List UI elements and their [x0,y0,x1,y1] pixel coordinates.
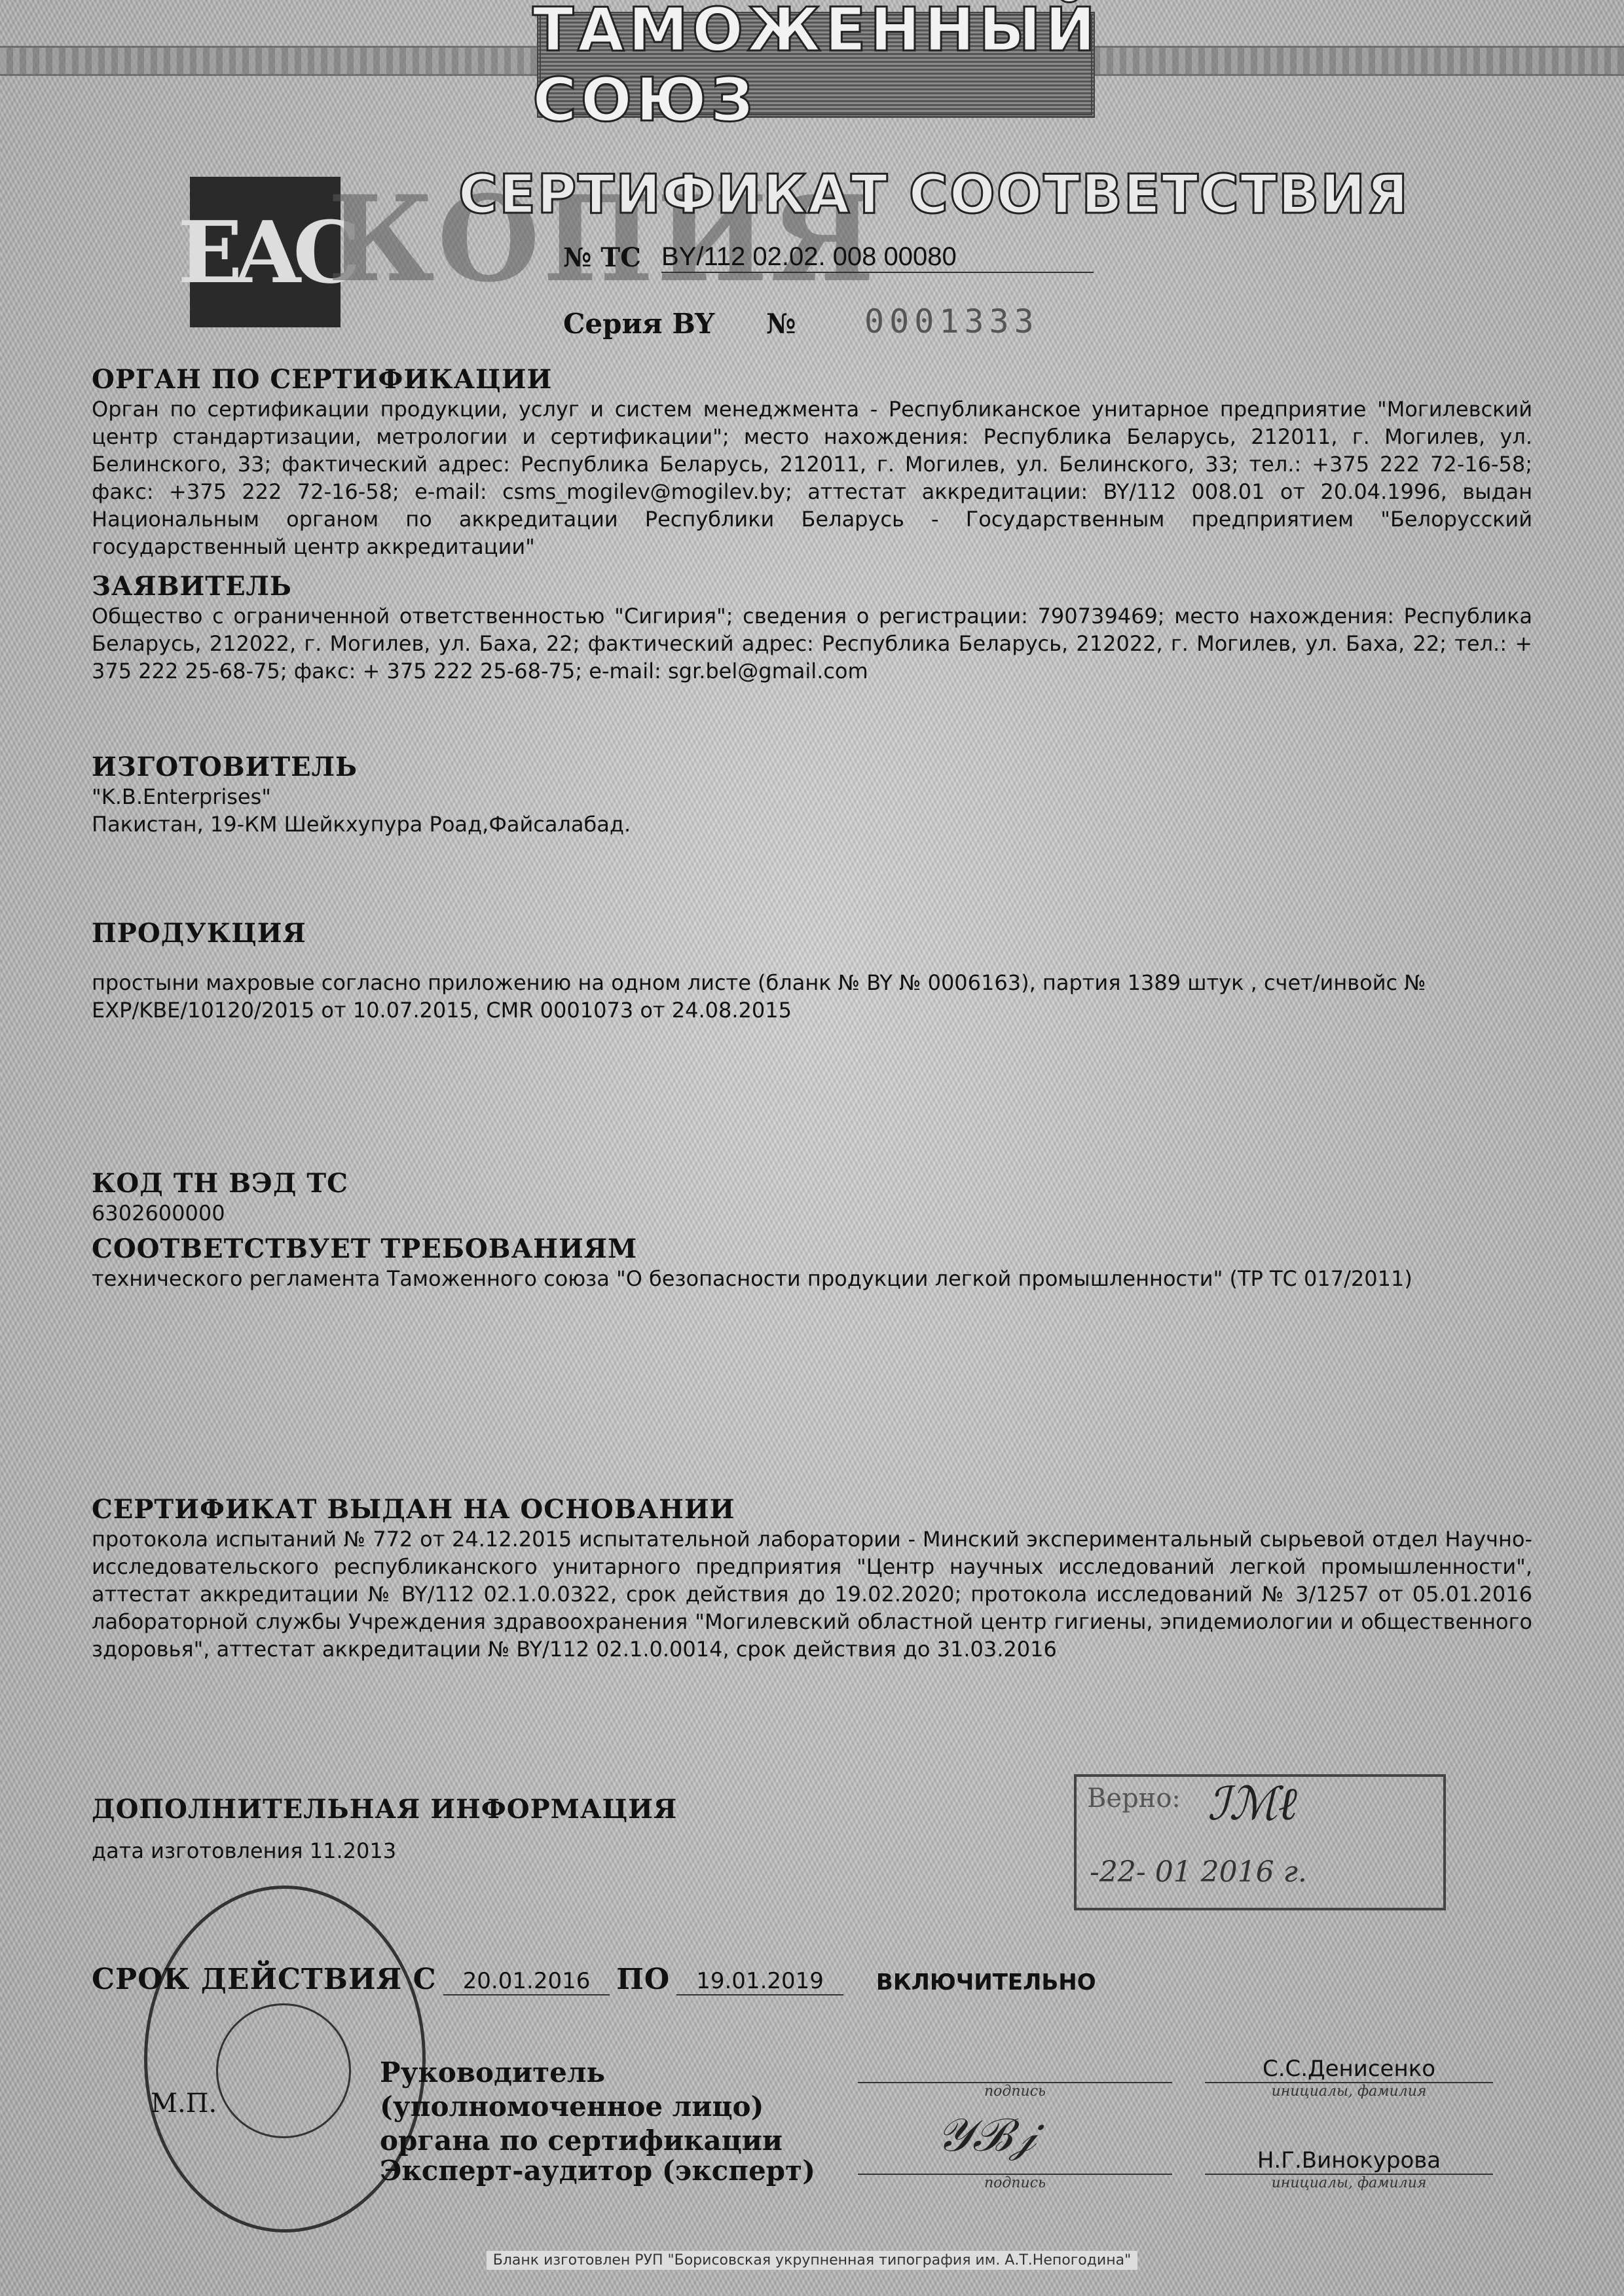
product-section: ПРОДУКЦИЯ простыни махровые согласно при… [92,918,1532,1024]
product-text: простыни махровые согласно приложению на… [92,969,1532,1024]
signature-caption: подпись [858,2175,1172,2191]
validity-period: СРОК ДЕЙСТВИЯ С 20.01.2016 ПО 19.01.2019… [92,1964,1096,1995]
head-name-block: С.С.Денисенко инициалы, фамилия [1205,2056,1493,2100]
section-heading: ОРГАН ПО СЕРТИФИКАЦИИ [92,364,1532,395]
applicant-text: Общество с ограниченной ответственностью… [92,602,1532,685]
certification-body-text: Орган по сертификации продукции, услуг и… [92,395,1532,560]
expert-signature-block: 𝒴ℬ𝒿 подпись [858,2134,1172,2191]
seal-emblem-icon [216,2003,351,2138]
hs-code-value: 6302600000 [92,1199,1532,1227]
certificate-number-label: № ТС [563,242,641,273]
validity-inclusive: ВКЛЮЧИТЕЛЬНО [876,1969,1096,1995]
section-heading: КОД ТН ВЭД ТС [92,1168,1532,1199]
printer-footer: Бланк изготовлен РУП "Борисовская укрупн… [0,2252,1624,2269]
applicant-section: ЗАЯВИТЕЛЬ Общество с ограниченной ответс… [92,571,1532,685]
customs-union-banner: ТАМОЖЕННЫЙ СОЮЗ [537,12,1095,118]
manufacturer-name: "K.B.Enterprises" [92,783,1532,811]
section-heading: ИЗГОТОВИТЕЛЬ [92,752,1532,783]
expert-name: Н.Г.Винокурова [1205,2147,1493,2175]
validity-to-date: 19.01.2019 [676,1968,843,1995]
basis-text: протокола испытаний № 772 от 24.12.2015 … [92,1525,1532,1663]
manufacturer-address: Пакистан, 19-КМ Шейкхупура Роад,Файсалаб… [92,811,1532,838]
signature-caption: подпись [858,2083,1172,2100]
certificate-title: СЕРТИФИКАТ СООТВЕТСТВИЯ [458,164,1409,226]
expert-name-block: Н.Г.Винокурова инициалы, фамилия [1205,2147,1493,2191]
validity-from-label: СРОК ДЕЙСТВИЯ С [92,1964,437,1995]
basis-section: СЕРТИФИКАТ ВЫДАН НА ОСНОВАНИИ протокола … [92,1494,1532,1663]
verified-date: -22- 01 2016 г. [1090,1855,1307,1889]
blank-serial-number: 0001333 [864,302,1039,340]
section-heading: ЗАЯВИТЕЛЬ [92,571,1532,602]
series-number-label: № [766,308,796,340]
compliance-section: СООТВЕТСТВУЕТ ТРЕБОВАНИЯМ технического р… [92,1233,1532,1292]
verified-label: Верно: [1087,1783,1181,1813]
section-heading: СЕРТИФИКАТ ВЫДАН НА ОСНОВАНИИ [92,1494,1532,1525]
validity-to-label: ПО [616,1964,670,1995]
verified-copy-stamp: Верно: ℐℳℓ -22- 01 2016 г. [1074,1774,1446,1910]
banner-text: ТАМОЖЕННЫЙ СОЮЗ [532,0,1099,135]
head-role: Руководитель (уполномоченное лицо) орган… [380,2056,838,2158]
manufacturer-section: ИЗГОТОВИТЕЛЬ "K.B.Enterprises" Пакистан,… [92,752,1532,838]
stamp-place-label: М.П. [151,2088,217,2119]
certification-body-section: ОРГАН ПО СЕРТИФИКАЦИИ Орган по сертифика… [92,364,1532,560]
name-caption: инициалы, фамилия [1205,2175,1493,2191]
compliance-text: технического регламента Таможенного союз… [92,1265,1532,1292]
signature-scribble-icon: ℐℳℓ [1208,1777,1297,1831]
eac-logo-icon: EAC [190,177,341,327]
printer-footer-text: Бланк изготовлен РУП "Борисовская укрупн… [487,2251,1137,2270]
series-label: Серия BY [563,308,714,340]
name-caption: инициалы, фамилия [1205,2083,1493,2100]
section-heading: СООТВЕТСТВУЕТ ТРЕБОВАНИЯМ [92,1233,1532,1265]
section-heading: ПРОДУКЦИЯ [92,918,1532,949]
expert-signature-line: 𝒴ℬ𝒿 [858,2134,1172,2175]
head-signature-line [858,2043,1172,2083]
signature-scribble-icon: 𝒴ℬ𝒿 [936,2108,1036,2162]
head-signature-block: подпись [858,2043,1172,2100]
expert-role: Эксперт-аудитор (эксперт) [380,2154,815,2188]
hs-code-section: КОД ТН ВЭД ТС 6302600000 [92,1168,1532,1227]
certificate-number: BY/112 02.02. 008 00080 [661,242,1094,273]
validity-from-date: 20.01.2016 [443,1968,610,1995]
head-name: С.С.Денисенко [1205,2056,1493,2083]
